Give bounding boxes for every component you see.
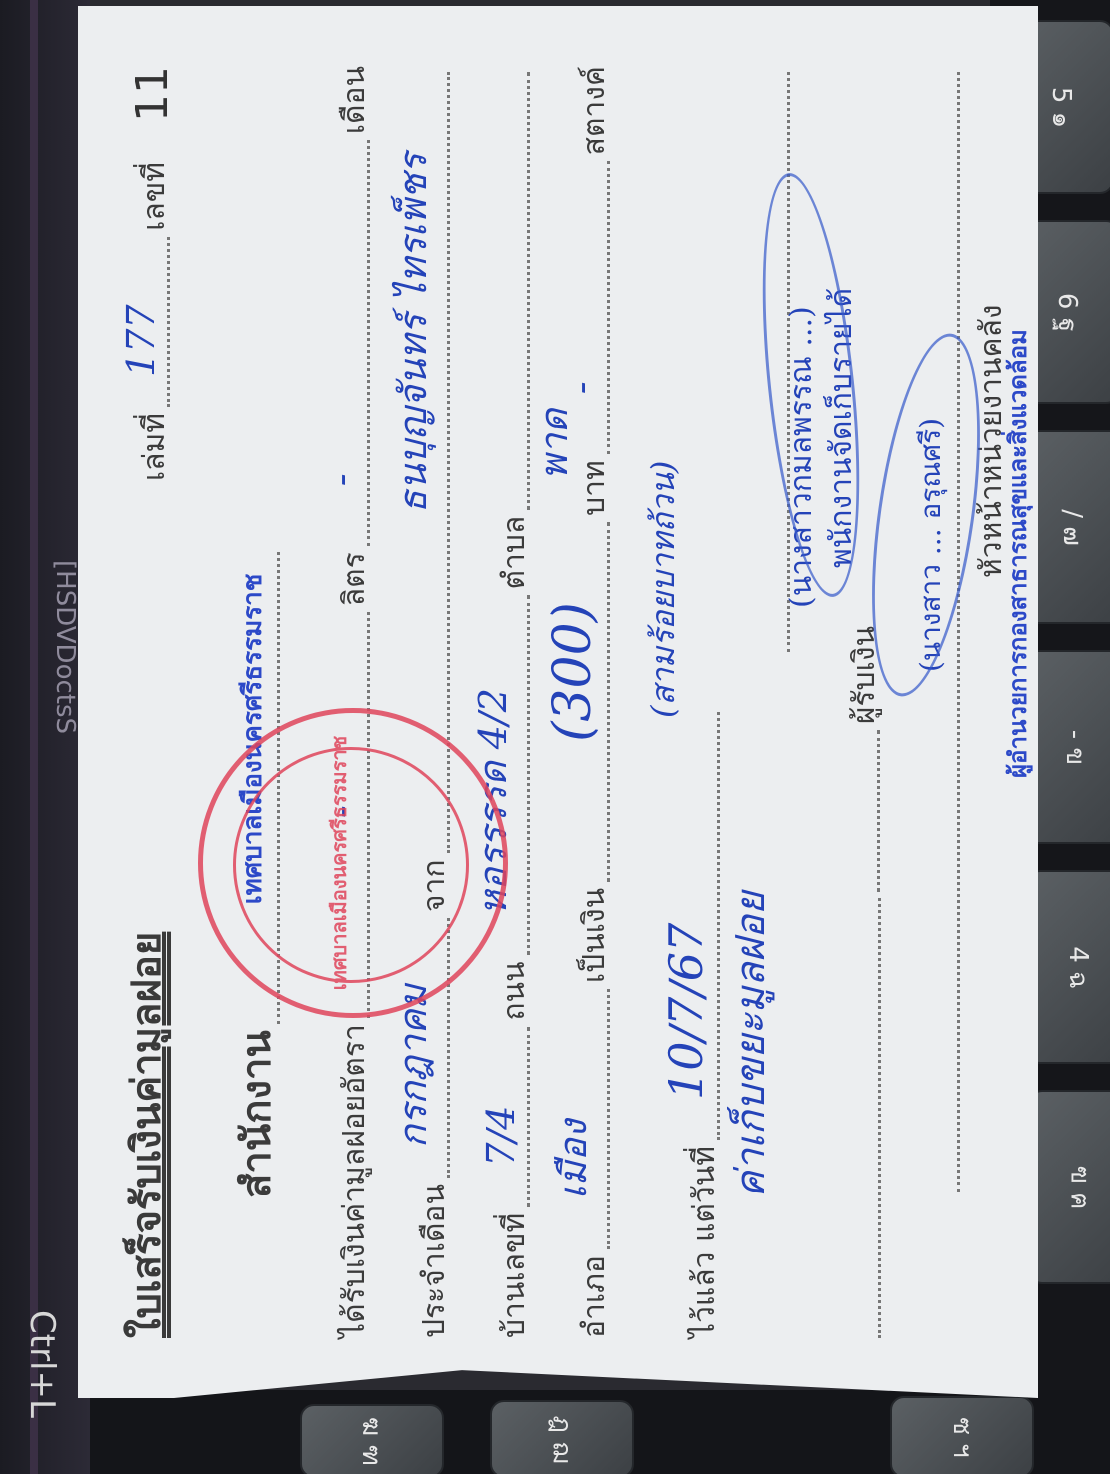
book-label: เล่มที่	[131, 413, 178, 481]
book-number: 177	[119, 304, 163, 377]
road-label: ถนน	[491, 961, 538, 1020]
house-no-value: 7/4	[479, 1106, 523, 1167]
keyboard-left	[0, 0, 90, 1474]
head-stamp: ผู้อำนวยการกองสาธารณสุขและสิ่งแวดล้อม	[998, 329, 1037, 778]
keyboard-bottom: ฆ ฑ ฎ ฌ ซ ฯ	[90, 1390, 1110, 1474]
receipt-number: 11	[127, 66, 178, 122]
key-thai-4: ซ ฯ	[890, 1396, 1034, 1474]
receipt-paper: ใบเสร็จรับเงินค่ามูลฝอย เล่มที่ 177 เลขท…	[78, 6, 1038, 1398]
seal-text: เทศบาลเมืองนครศรีธรรมราช	[323, 713, 355, 1013]
liter-label: ลิตร	[331, 552, 378, 606]
amount-value: (300)	[543, 602, 603, 742]
satang-label: สตางค์	[571, 66, 618, 155]
official-seal: เทศบาลเมืองนครศรีธรรมราช	[198, 708, 508, 1018]
from-value: ธนบุญจันทร์ ไทรเพ็ชร	[382, 153, 443, 513]
receipt-content: ใบเสร็จรับเงินค่ามูลฝอย เล่มที่ 177 เลขท…	[78, 6, 1038, 1398]
satang-value: -	[559, 381, 603, 394]
baht-label: บาท	[571, 460, 618, 516]
address-row: บ้านเลขที่ 7/4 ถนน หอรรรรด 4/2 ตำบล พาด	[468, 66, 538, 1338]
paid-date: 10/7/67	[659, 923, 713, 1100]
key-thai-1: ฃ ฅ	[1028, 1090, 1110, 1284]
rate-row: ได้รับเงินค่ามูลฝอยอัตรา - ลิตร - เดือน	[308, 66, 378, 1338]
receiver-line	[878, 898, 881, 1338]
amount-label: เป็นเงิน	[571, 888, 618, 983]
office-label: สำนักงาน	[224, 1030, 288, 1198]
district-label: อำเภอ	[571, 1255, 618, 1338]
district-value: เมือง	[542, 1120, 603, 1199]
title-row: ใบเสร็จรับเงินค่ามูลฝอย เล่มที่ 177 เลขท…	[108, 66, 178, 1338]
receipt-title: ใบเสร็จรับเงินค่ามูลฝอย	[114, 932, 178, 1338]
month-suffix-label: เดือน	[331, 66, 378, 134]
liter-value: -	[319, 473, 363, 486]
key-thai-3: ฎ ฌ	[490, 1400, 634, 1474]
amount-in-words: (สามร้อยบาทถ้วน)	[638, 461, 689, 718]
number-label: เลขที่	[131, 162, 178, 231]
key-4: 4 ฉ	[1026, 870, 1110, 1064]
keyboard-strip	[30, 0, 38, 1474]
month-row: ประจำเดือน กรกฎาคม จาก ธนบุญจันทร์ ไทรเพ…	[388, 66, 458, 1338]
shortcut-hint: [HSDVDoctsS	[50, 560, 80, 734]
month-label: ประจำเดือน	[411, 1184, 458, 1338]
receiver-row: ผู้รับเงิน	[818, 626, 888, 898]
subdistrict-label: ตำบล	[491, 516, 538, 590]
house-no-label: บ้านเลขที่	[491, 1213, 538, 1338]
key-thai-2: ฆ ฑ	[300, 1404, 444, 1474]
note-text: ค่าเก็บขยะมูลฝอย	[718, 891, 782, 1198]
ctrl-l-label: Ctrl+L	[22, 1310, 62, 1450]
amount-row: อำเภอ เมือง เป็นเงิน (300) บาท - สตางค์	[548, 66, 618, 1338]
rate-label: ได้รับเงินค่ามูลฝอยอัตรา	[331, 1024, 378, 1338]
